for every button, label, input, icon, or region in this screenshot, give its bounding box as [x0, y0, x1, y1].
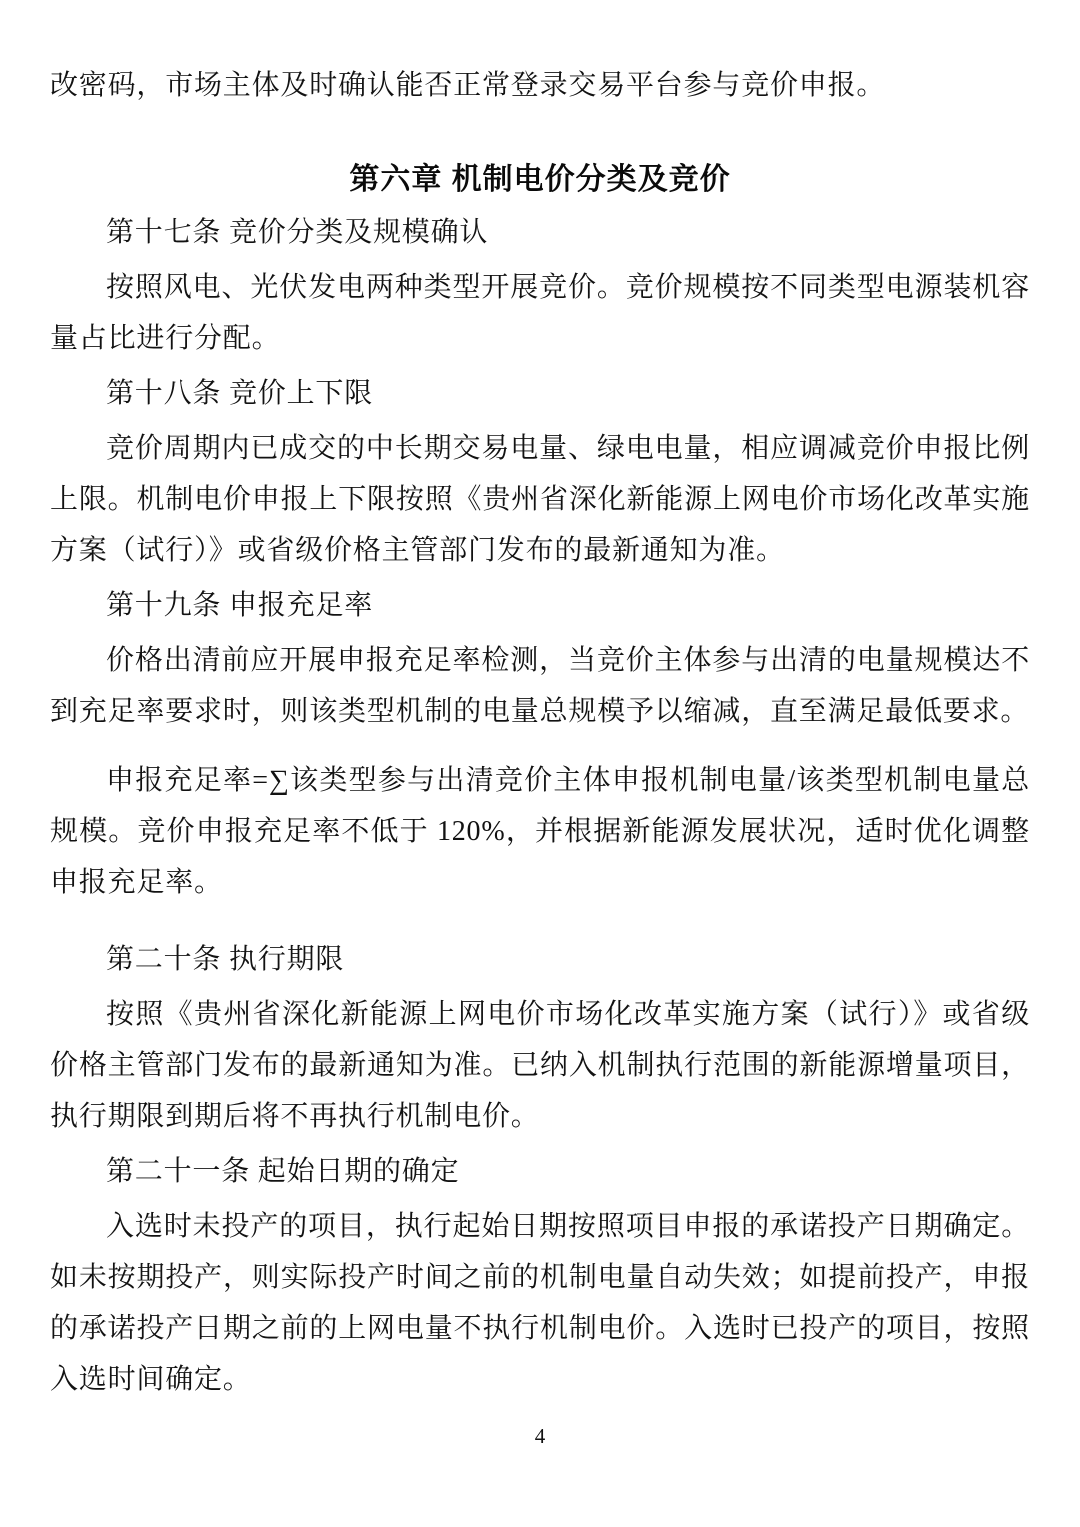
article-title-20: 第二十条 执行期限 [50, 934, 1030, 985]
article-title-21: 第二十一条 起始日期的确定 [50, 1146, 1030, 1197]
article-20-paragraph: 按照《贵州省深化新能源上网电价市场化改革实施方案（试行）》或省级价格主管部门发布… [50, 989, 1030, 1142]
article-21-paragraph: 入选时未投产的项目，执行起始日期按照项目申报的承诺投产日期确定。如未按期投产，则… [50, 1201, 1030, 1405]
page-number: 4 [0, 1426, 1080, 1447]
paragraph-continuation: 改密码，市场主体及时确认能否正常登录交易平台参与竞价申报。 [50, 60, 1030, 111]
article-title-18: 第十八条 竞价上下限 [50, 368, 1030, 419]
article-17-paragraph: 按照风电、光伏发电两种类型开展竞价。竞价规模按不同类型电源装机容量占比进行分配。 [50, 262, 1030, 364]
article-19-paragraph-formula: 申报充足率=∑该类型参与出清竞价主体申报机制电量/该类型机制电量总规模。竞价申报… [50, 755, 1030, 908]
article-title-17: 第十七条 竞价分类及规模确认 [50, 207, 1030, 258]
article-19-paragraph-1: 价格出清前应开展申报充足率检测，当竞价主体参与出清的电量规模达不到充足率要求时，… [50, 635, 1030, 737]
chapter-heading: 第六章 机制电价分类及竞价 [50, 157, 1030, 203]
article-18-paragraph: 竞价周期内已成交的中长期交易电量、绿电电量，相应调减竞价申报比例上限。机制电价申… [50, 423, 1030, 576]
document-page: 改密码，市场主体及时确认能否正常登录交易平台参与竞价申报。 第六章 机制电价分类… [0, 0, 1080, 1527]
article-title-19: 第十九条 申报充足率 [50, 580, 1030, 631]
